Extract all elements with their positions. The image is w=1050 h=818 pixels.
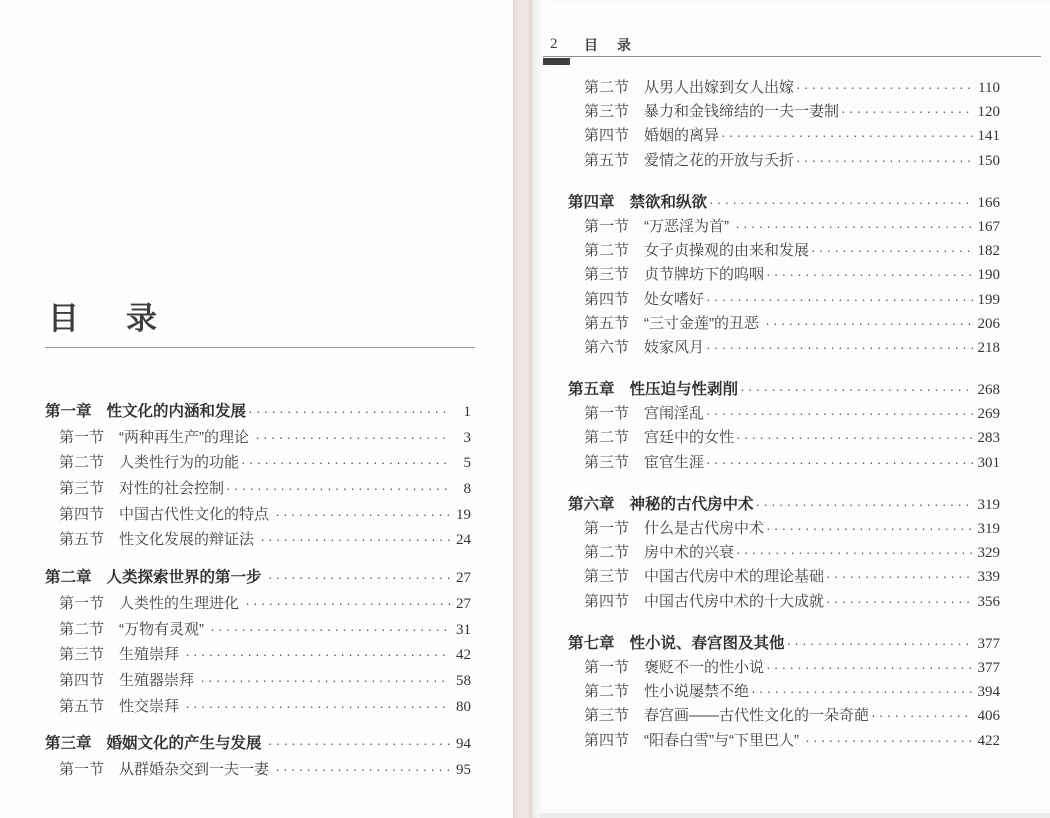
page-gutter [513, 0, 532, 818]
toc-entry-page-number: 94 [455, 732, 471, 758]
toc-entry-label: 第一节 [584, 656, 629, 680]
toc-entry-label: 第三节 [584, 263, 629, 287]
dotted-leader: ········································… [826, 564, 972, 588]
toc-entry-label: 第五章 [568, 378, 615, 402]
running-head-bar [543, 58, 570, 65]
toc-entry-page-number: 339 [978, 565, 1001, 589]
dotted-leader: ········································… [805, 728, 972, 752]
toc-entry-page-number: 301 [978, 451, 1001, 475]
toc-entry-page-number: 42 [455, 643, 471, 669]
toc-section-row: 第三节暴力和金钱缔结的一夫一妻制························… [568, 99, 1000, 123]
toc-entry-title: 禁欲和纵欲 [630, 191, 708, 215]
dotted-leader: ········································… [736, 425, 972, 449]
dotted-leader: ········································… [766, 655, 972, 679]
dotted-leader: ········································… [871, 703, 972, 727]
toc-entry-title: 中国古代房中术的十大成就 [644, 590, 824, 614]
toc-entry-label: 第五节 [59, 694, 104, 720]
toc-entry-title: “三寸金莲”的丑恶 [644, 312, 763, 336]
toc-entry-page-number: 283 [978, 426, 1001, 450]
toc-section-row: 第三节对性的社会控制······························… [45, 476, 471, 502]
toc-section-row: 第五节爱情之花的开放与夭折···························… [568, 148, 1000, 172]
toc-entry-label: 第三节 [584, 704, 629, 728]
toc-entry-title: 妓家风月 [644, 336, 704, 360]
dotted-leader: ········································… [736, 540, 972, 564]
toc-entry-page-number: 27 [455, 592, 471, 618]
dotted-leader: ········································… [241, 450, 450, 476]
toc-chapter-row: 第四章禁欲和纵欲································… [568, 190, 1000, 214]
toc-section-row: 第一节宫闱淫乱·································… [568, 401, 1000, 425]
toc-entry-page-number: 58 [455, 669, 471, 695]
toc-entry-page-number: 199 [978, 288, 1001, 312]
toc-section-row: 第五节性交崇拜 ································… [45, 694, 471, 720]
dotted-leader: ········································… [260, 527, 450, 553]
toc-entry-page-number: 356 [978, 590, 1001, 614]
toc-entry-page-number: 141 [978, 124, 1001, 148]
toc-entry-label: 第四节 [584, 729, 629, 753]
toc-entry-title: 爱情之花的开放与夭折 [644, 149, 794, 173]
toc-entry-title: 贞节牌坊下的呜咽 [644, 263, 764, 287]
toc-entry-title: 处女嗜好 [644, 288, 704, 312]
toc-entry-page-number: 268 [978, 378, 1001, 402]
dotted-leader: ········································… [268, 565, 450, 591]
toc-heading-char: 录 [126, 302, 157, 336]
toc-section-row: 第四节“阳春白雪”与“下里巴人” ·······················… [568, 728, 1000, 752]
running-head-title: 目 录 [584, 37, 631, 53]
toc-entry-label: 第七章 [568, 632, 615, 656]
toc-section-row: 第四节婚姻的离异································… [568, 123, 1000, 147]
toc-entry-label: 第三节 [584, 100, 629, 124]
toc-entry-label: 第五节 [584, 149, 629, 173]
toc-section-row: 第四节处女嗜好·································… [568, 287, 1000, 311]
toc-section-row: 第四节中国古代房中术的十大成就·························… [568, 589, 1000, 613]
toc-entry-title: 女子贞操观的由来和发展 [644, 239, 809, 263]
toc-entry-page-number: 120 [978, 100, 1001, 124]
dotted-leader: ········································… [255, 425, 450, 451]
toc-chapter-row: 第六章神秘的古代房中术·····························… [568, 492, 1000, 516]
toc-entry-label: 第二章 [45, 565, 92, 591]
toc-entry-page-number: 110 [978, 76, 1000, 100]
toc-entry-label: 第一节 [59, 757, 104, 783]
toc-entry-label: 第二节 [584, 541, 629, 565]
toc-section-row: 第三节贞节牌坊下的呜咽·····························… [568, 262, 1000, 286]
toc-entry-title: 中国古代性文化的特点 [119, 502, 273, 528]
toc-heading-char: 目 [48, 302, 79, 336]
toc-entry-title: 性小说、春宫图及其他 [630, 632, 785, 656]
toc-entry-label: 第四节 [584, 124, 629, 148]
toc-section-row: 第一节褒贬不一的性小说·····························… [568, 655, 1000, 679]
toc-entry-label: 第一节 [584, 517, 629, 541]
toc-entry-label: 第四节 [584, 590, 629, 614]
dotted-leader: ········································… [185, 694, 450, 720]
toc-section-row: 第三节中国古代房中术的理论基础·························… [568, 564, 1000, 588]
toc-section-row: 第三节生殖崇拜 ································… [45, 642, 471, 668]
dotted-leader: ········································… [796, 148, 972, 172]
toc-entry-page-number: 166 [978, 191, 1001, 215]
toc-entry-title: 人类探索世界的第一步 [107, 565, 266, 591]
toc-chapter-row: 第五章性压迫与性剥削······························… [568, 377, 1000, 401]
toc-entry-title: 房中术的兴衰 [644, 541, 734, 565]
dotted-leader: ········································… [706, 401, 972, 425]
toc-entry-title: 性文化的内涵和发展 [107, 399, 247, 425]
toc-entry-label: 第二节 [59, 450, 104, 476]
toc-entry-page-number: 24 [455, 528, 471, 554]
toc-entry-label: 第三节 [59, 476, 104, 502]
dotted-leader: ········································… [706, 335, 972, 359]
toc-entry-page-number: 218 [978, 336, 1001, 360]
toc-section-row: 第三节春宫画——古代性文化的一朵奇葩······················… [568, 703, 1000, 727]
left-toc-list: 第一章性文化的内涵和发展····························… [45, 399, 471, 783]
toc-entry-title: 宫廷中的女性 [644, 426, 734, 450]
dotted-leader: ········································… [740, 377, 972, 401]
toc-heading: 目 录 [48, 302, 157, 336]
toc-entry-page-number: 329 [978, 541, 1001, 565]
toc-entry-title: 从男人出嫁到女人出嫁 [644, 76, 794, 100]
toc-entry-page-number: 377 [978, 632, 1001, 656]
dotted-leader: ········································… [275, 757, 450, 783]
toc-entry-title: 暴力和金钱缔结的一夫一妻制 [644, 100, 839, 124]
toc-entry-label: 第二节 [584, 680, 629, 704]
toc-entry-page-number: 269 [978, 402, 1001, 426]
toc-section-row: 第三节宦官生涯·································… [568, 450, 1000, 474]
toc-entry-label: 第四节 [584, 288, 629, 312]
toc-entry-page-number: 19 [455, 503, 471, 529]
toc-entry-page-number: 377 [978, 656, 1001, 680]
toc-entry-label: 第四章 [568, 191, 615, 215]
dotted-leader: ········································… [185, 642, 450, 668]
toc-entry-page-number: 1 [455, 400, 471, 426]
dotted-leader: ········································… [751, 679, 972, 703]
toc-entry-label: 第三节 [584, 451, 629, 475]
toc-entry-title: 生殖崇拜 [119, 642, 183, 668]
toc-section-row: 第一节从群婚杂交到一夫一妻 ··························… [45, 757, 471, 783]
toc-chapter-row: 第一章性文化的内涵和发展····························… [45, 399, 471, 425]
toc-entry-page-number: 394 [978, 680, 1001, 704]
dotted-leader: ········································… [841, 99, 972, 123]
toc-section-row: 第六节妓家风月·································… [568, 335, 1000, 359]
toc-entry-page-number: 167 [978, 215, 1001, 239]
toc-entry-title: “阳春白雪”与“下里巴人” [644, 729, 803, 753]
toc-entry-page-number: 422 [978, 729, 1001, 753]
toc-section-row: 第一节“两种再生产”的理论 ··························… [45, 425, 471, 451]
toc-chapter-row: 第七章性小说、春宫图及其他···························… [568, 631, 1000, 655]
right-page: 2 目 录 第二节从男人出嫁到女人出嫁·····················… [532, 0, 1050, 818]
dotted-leader: ········································… [811, 238, 972, 262]
toc-section-row: 第一节什么是古代房中术·····························… [568, 516, 1000, 540]
dotted-leader: ········································… [787, 631, 973, 655]
toc-entry-title: 性小说屡禁不绝 [644, 680, 749, 704]
toc-section-row: 第五节“三寸金莲”的丑恶 ···························… [568, 311, 1000, 335]
toc-entry-page-number: 8 [455, 477, 471, 503]
toc-section-row: 第二节女子贞操观的由来和发展··························… [568, 238, 1000, 262]
dotted-leader: ········································… [268, 731, 450, 757]
toc-entry-label: 第一节 [584, 215, 629, 239]
toc-entry-title: 宫闱淫乱 [644, 402, 704, 426]
dotted-leader: ········································… [826, 589, 972, 613]
toc-entry-page-number: 150 [978, 149, 1001, 173]
toc-entry-title: “两种再生产”的理论 [119, 425, 253, 451]
toc-entry-title: 性压迫与性剥削 [630, 378, 739, 402]
toc-section-row: 第二节人类性行为的功能·····························… [45, 450, 471, 476]
dotted-leader: ········································… [706, 287, 972, 311]
book-spread: 目 录 第一章性文化的内涵和发展························… [0, 0, 1050, 818]
running-head-title-char: 录 [617, 37, 631, 53]
toc-entry-title: 什么是古代房中术 [644, 517, 764, 541]
dotted-leader: ········································… [245, 591, 450, 617]
left-page: 目 录 第一章性文化的内涵和发展························… [0, 0, 513, 818]
toc-entry-page-number: 206 [978, 312, 1001, 336]
toc-entry-title: 宦官生涯 [644, 451, 704, 475]
running-head-page-number: 2 [550, 35, 558, 53]
toc-entry-title: 生殖器崇拜 [119, 668, 198, 694]
toc-entry-title: 性交崇拜 [119, 694, 183, 720]
toc-section-row: 第二节房中术的兴衰·······························… [568, 540, 1000, 564]
dotted-leader: ········································… [226, 476, 450, 502]
dotted-leader: ········································… [275, 502, 450, 528]
toc-entry-label: 第三节 [584, 565, 629, 589]
toc-entry-label: 第三节 [59, 642, 104, 668]
toc-entry-title: “万物有灵观” [119, 617, 208, 643]
dotted-leader: ········································… [796, 75, 973, 99]
toc-entry-page-number: 190 [978, 263, 1001, 287]
dotted-leader: ········································… [735, 214, 972, 238]
toc-entry-page-number: 5 [455, 451, 471, 477]
toc-entry-label: 第三章 [45, 731, 92, 757]
toc-entry-label: 第五节 [59, 527, 104, 553]
toc-entry-title: 从群婚杂交到一夫一妻 [119, 757, 273, 783]
toc-section-row: 第一节人类性的生理进化 ····························… [45, 591, 471, 617]
toc-entry-label: 第一章 [45, 399, 92, 425]
toc-entry-title: 褒贬不一的性小说 [644, 656, 764, 680]
toc-chapter-row: 第二章人类探索世界的第一步 ··························… [45, 565, 471, 591]
dotted-leader: ········································… [756, 492, 973, 516]
toc-entry-label: 第二节 [584, 239, 629, 263]
dotted-leader: ········································… [766, 516, 972, 540]
toc-entry-page-number: 95 [455, 758, 471, 784]
dotted-leader: ········································… [766, 262, 972, 286]
scan-edge-strip [540, 813, 1050, 818]
toc-entry-page-number: 3 [455, 426, 471, 452]
toc-section-row: 第二节性小说屡禁不绝······························… [568, 679, 1000, 703]
toc-entry-label: 第一节 [59, 425, 104, 451]
toc-entry-page-number: 406 [978, 704, 1001, 728]
toc-entry-label: 第一节 [584, 402, 629, 426]
toc-entry-title: 性文化发展的辩证法 [119, 527, 258, 553]
toc-entry-label: 第五节 [584, 312, 629, 336]
toc-entry-title: 人类性的生理进化 [119, 591, 243, 617]
dotted-leader: ········································… [706, 450, 972, 474]
running-head-rule [543, 56, 1041, 57]
dotted-leader: ········································… [721, 123, 972, 147]
toc-entry-page-number: 80 [455, 695, 471, 721]
toc-section-row: 第二节“万物有灵观” ·····························… [45, 617, 471, 643]
toc-entry-title: “万恶淫为首” [644, 215, 733, 239]
toc-section-row: 第二节宫廷中的女性·······························… [568, 425, 1000, 449]
toc-section-row: 第四节生殖器崇拜 ·······························… [45, 668, 471, 694]
toc-entry-label: 第六节 [584, 336, 629, 360]
dotted-leader: ········································… [765, 311, 972, 335]
toc-entry-title: 人类性行为的功能 [119, 450, 239, 476]
right-toc-list: 第二节从男人出嫁到女人出嫁···························… [568, 75, 1000, 752]
toc-entry-page-number: 319 [978, 493, 1001, 517]
toc-section-row: 第五节性文化发展的辩证法 ···························… [45, 527, 471, 553]
toc-entry-label: 第二节 [59, 617, 104, 643]
dotted-leader: ········································… [248, 399, 450, 425]
toc-entry-page-number: 319 [978, 517, 1001, 541]
heading-rule [45, 347, 475, 348]
toc-entry-title: 婚姻的离异 [644, 124, 719, 148]
toc-entry-page-number: 182 [978, 239, 1001, 263]
toc-chapter-row: 第三章婚姻文化的产生与发展 ··························… [45, 731, 471, 757]
toc-entry-title: 婚姻文化的产生与发展 [107, 731, 266, 757]
toc-entry-title: 神秘的古代房中术 [630, 493, 754, 517]
dotted-leader: ········································… [210, 617, 450, 643]
toc-entry-label: 第二节 [584, 426, 629, 450]
toc-entry-label: 第一节 [59, 591, 104, 617]
toc-entry-page-number: 31 [455, 618, 471, 644]
toc-entry-page-number: 27 [455, 566, 471, 592]
toc-section-row: 第一节“万恶淫为首” ·····························… [568, 214, 1000, 238]
toc-entry-label: 第二节 [584, 76, 629, 100]
toc-entry-title: 春宫画——古代性文化的一朵奇葩 [644, 704, 869, 728]
dotted-leader: ········································… [709, 190, 972, 214]
toc-entry-title: 对性的社会控制 [119, 476, 224, 502]
running-head-title-char: 目 [584, 37, 598, 53]
toc-section-row: 第二节从男人出嫁到女人出嫁···························… [568, 75, 1000, 99]
toc-entry-label: 第四节 [59, 502, 104, 528]
toc-entry-label: 第六章 [568, 493, 615, 517]
toc-entry-title: 中国古代房中术的理论基础 [644, 565, 824, 589]
toc-entry-label: 第四节 [59, 668, 104, 694]
dotted-leader: ········································… [200, 668, 450, 694]
toc-section-row: 第四节中国古代性文化的特点 ··························… [45, 502, 471, 528]
